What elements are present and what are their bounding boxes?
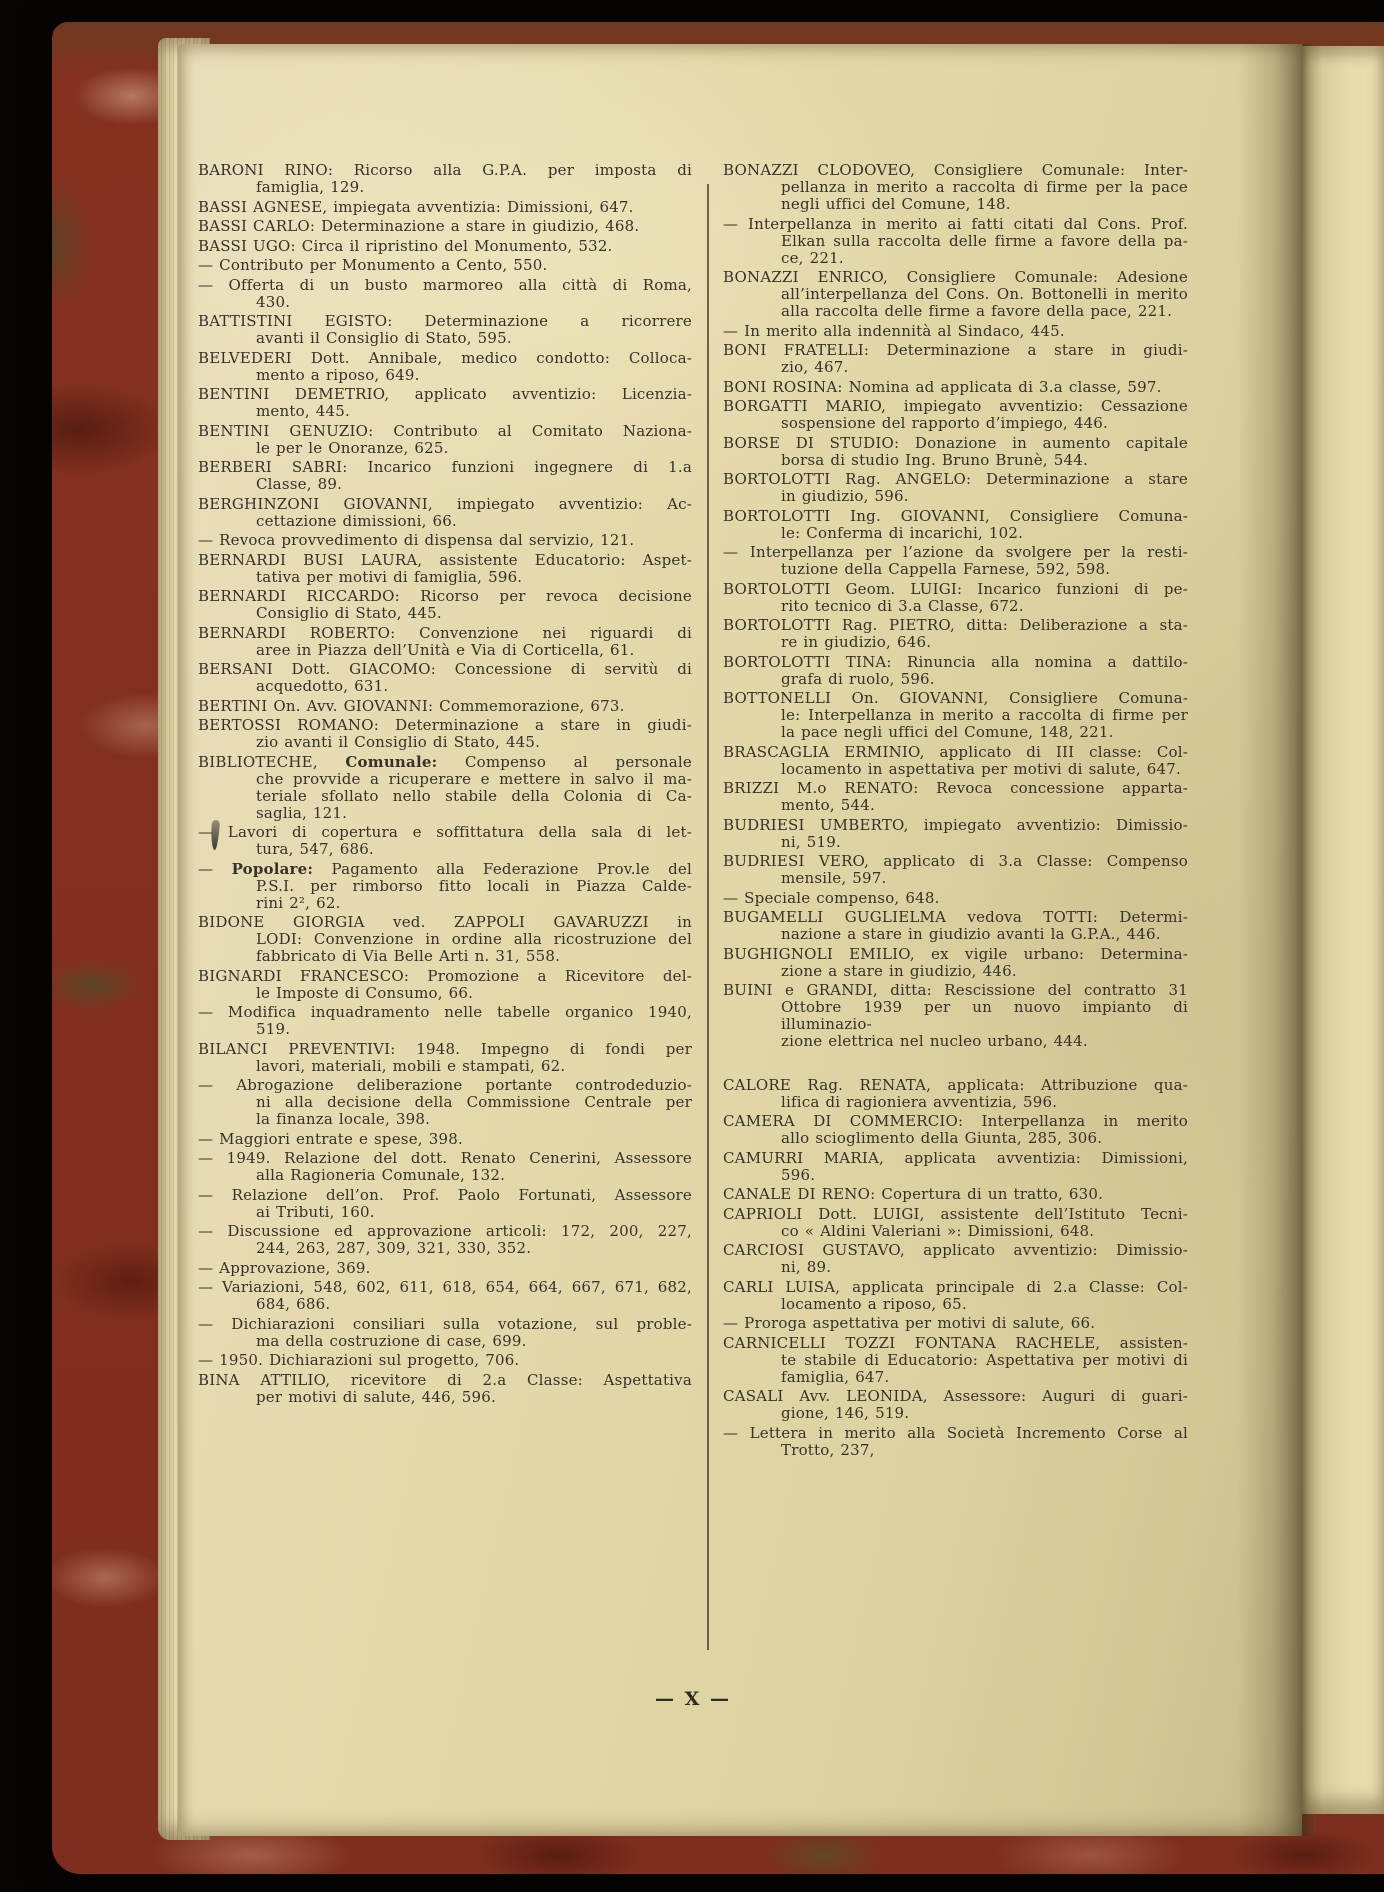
index-subentry: — Offerta di un busto marmoreo alla citt…: [198, 277, 692, 311]
index-line: all’interpellanza del Cons. On. Bottonel…: [723, 286, 1188, 303]
index-line: ce, 221.: [723, 250, 1188, 267]
index-entry: CAPRIOLI Dott. LUIGI, assistente dell’Is…: [723, 1206, 1188, 1240]
index-subentry: — Interpellanza in merito ai fatti citat…: [723, 216, 1188, 267]
index-entry: CARCIOSI GUSTAVO, applicato avventizio: …: [723, 1242, 1188, 1276]
index-line: CARCIOSI GUSTAVO, applicato avventizio: …: [723, 1242, 1188, 1259]
index-line: — Proroga aspettativa per motivi di salu…: [723, 1315, 1188, 1332]
book-page: BARONI RINO: Ricorso alla G.P.A. per imp…: [178, 44, 1302, 1836]
index-line: zio avanti il Consiglio di Stato, 445.: [198, 734, 692, 751]
index-line: Elkan sulla raccolta delle firme a favor…: [723, 233, 1188, 250]
index-line: CANALE DI RENO: Copertura di un tratto, …: [723, 1186, 1188, 1203]
index-line: ni, 89.: [723, 1259, 1188, 1276]
index-line: BERSANI Dott. GIACOMO: Concessione di se…: [198, 661, 692, 678]
index-line: Consiglio di Stato, 445.: [198, 605, 692, 622]
index-column-right: BONAZZI CLODOVEO, Consigliere Comunale: …: [723, 162, 1188, 1461]
index-line: che provvide a ricuperare e mettere in s…: [198, 771, 692, 788]
index-entry: BINA ATTILIO, ricevitore di 2.a Classe: …: [198, 1372, 692, 1406]
index-line: famiglia, 647.: [723, 1369, 1188, 1386]
index-line: Classe, 89.: [198, 476, 692, 493]
index-entry: BONAZZI ENRICO, Consigliere Comunale: Ad…: [723, 269, 1188, 320]
index-entry: CASALI Avv. LEONIDA, Assessore: Auguri d…: [723, 1388, 1188, 1422]
index-subentry: — Lavori di copertura e soffittatura del…: [198, 824, 692, 858]
index-entry: BERGHINZONI GIOVANNI, impiegato avventiz…: [198, 496, 692, 530]
index-line: BUDRIESI UMBERTO, impiegato avventizio: …: [723, 817, 1188, 834]
index-line: — In merito alla indennità al Sindaco, 4…: [723, 323, 1188, 340]
index-line: BUGHIGNOLI EMILIO, ex vigile urbano: Det…: [723, 946, 1188, 963]
index-line: BORTOLOTTI TINA: Rinuncia alla nomina a …: [723, 654, 1188, 671]
index-line: ai Tributi, 160.: [198, 1204, 692, 1221]
index-subentry: — Popolare: Pagamento alla Federazione P…: [198, 861, 692, 912]
index-entry: BORSE DI STUDIO: Donazione in aumento ca…: [723, 435, 1188, 469]
index-line: mento, 445.: [198, 403, 692, 420]
index-line: fabbricato di Via Belle Arti n. 31, 558.: [198, 948, 692, 965]
index-line: locamento in aspettativa per motivi di s…: [723, 761, 1188, 778]
index-entry: BRIZZI M.o RENATO: Revoca concessione ap…: [723, 780, 1188, 814]
index-line: — Approvazione, 369.: [198, 1260, 692, 1277]
index-line: BORTOLOTTI Rag. ANGELO: Determinazione a…: [723, 471, 1188, 488]
index-line: per motivi di salute, 446, 596.: [198, 1389, 692, 1406]
index-line: grafa di ruolo, 596.: [723, 671, 1188, 688]
index-entry: CANALE DI RENO: Copertura di un tratto, …: [723, 1186, 1188, 1203]
section-gap: [723, 1053, 1188, 1077]
index-line: cettazione dimissioni, 66.: [198, 513, 692, 530]
index-line: — Interpellanza per l’azione da svolgere…: [723, 544, 1188, 561]
index-line: — Maggiori entrate e spese, 398.: [198, 1131, 692, 1148]
index-subentry: — Dichiarazioni consiliari sulla votazio…: [198, 1316, 692, 1350]
page-number: — X —: [198, 1688, 1188, 1710]
index-line: ma della costruzione di case, 699.: [198, 1333, 692, 1350]
index-line: BATTISTINI EGISTO: Determinazione a rico…: [198, 313, 692, 330]
index-line: — Revoca provvedimento di dispensa dal s…: [198, 532, 692, 549]
index-line: BERTINI On. Avv. GIOVANNI: Commemorazion…: [198, 698, 692, 715]
index-line: BERNARDI ROBERTO: Convenzione nei riguar…: [198, 625, 692, 642]
index-subentry: — Abrogazione deliberazione portante con…: [198, 1077, 692, 1128]
index-line: lavori, materiali, mobili e stampati, 62…: [198, 1058, 692, 1075]
index-line: BASSI CARLO: Determinazione a stare in g…: [198, 218, 692, 235]
index-line: BORSE DI STUDIO: Donazione in aumento ca…: [723, 435, 1188, 452]
index-line: CAMERA DI COMMERCIO: Interpellanza in me…: [723, 1113, 1188, 1130]
index-line: CAMURRI MARIA, applicata avventizia: Dim…: [723, 1150, 1188, 1167]
index-line: LODI: Convenzione in ordine alla ricostr…: [198, 931, 692, 948]
index-line: — Contributo per Monumento a Cento, 550.: [198, 257, 692, 274]
index-line: BASSI AGNESE, impiegata avventizia: Dimi…: [198, 199, 692, 216]
index-line: BASSI UGO: Circa il ripristino del Monum…: [198, 238, 692, 255]
index-line: ni, 519.: [723, 834, 1188, 851]
index-line: aree in Piazza dell’Unità e Via di Corti…: [198, 642, 692, 659]
index-line: CARNICELLI TOZZI FONTANA RACHELE, assist…: [723, 1335, 1188, 1352]
index-line: BORGATTI MARIO, impiegato avventizio: Ce…: [723, 398, 1188, 415]
index-line: Trotto, 237,: [723, 1442, 1188, 1459]
index-entry: BERTINI On. Avv. GIOVANNI: Commemorazion…: [198, 698, 692, 715]
index-line: zione a stare in giudizio, 446.: [723, 963, 1188, 980]
index-line: le: Conferma di incarichi, 102.: [723, 525, 1188, 542]
index-line: BERTOSSI ROMANO: Determinazione a stare …: [198, 717, 692, 734]
index-line: rito tecnico di 3.a Classe, 672.: [723, 598, 1188, 615]
index-line: locamento a riposo, 65.: [723, 1296, 1188, 1313]
index-entry: CARLI LUISA, applicata principale di 2.a…: [723, 1279, 1188, 1313]
index-line: 244, 263, 287, 309, 321, 330, 352.: [198, 1240, 692, 1257]
index-subentry: — Variazioni, 548, 602, 611, 618, 654, 6…: [198, 1279, 692, 1313]
index-line: BRIZZI M.o RENATO: Revoca concessione ap…: [723, 780, 1188, 797]
index-line: mensile, 597.: [723, 870, 1188, 887]
index-line: alla raccolta delle firme a favore della…: [723, 303, 1188, 320]
index-entry: CALORE Rag. RENATA, applicata: Attribuzi…: [723, 1077, 1188, 1111]
index-line: co « Aldini Valeriani »: Dimissioni, 648…: [723, 1223, 1188, 1240]
index-line: le per le Onoranze, 625.: [198, 440, 692, 457]
index-line: BERBERI SABRI: Incarico funzioni ingegne…: [198, 459, 692, 476]
index-line: te stabile di Educatorio: Aspettativa pe…: [723, 1352, 1188, 1369]
index-entry: BUDRIESI VERO, applicato di 3.a Classe: …: [723, 853, 1188, 887]
index-entry: BENTINI GENUZIO: Contributo al Comitato …: [198, 423, 692, 457]
index-entry: BERTOSSI ROMANO: Determinazione a stare …: [198, 717, 692, 751]
index-line: P.S.I. per rimborso fitto locali in Piaz…: [198, 878, 692, 895]
index-line: BORTOLOTTI Geom. LUIGI: Incarico funzion…: [723, 581, 1188, 598]
index-line: BRASCAGLIA ERMINIO, applicato di III cla…: [723, 744, 1188, 761]
index-line: — Offerta di un busto marmoreo alla citt…: [198, 277, 692, 294]
index-line: — Popolare: Pagamento alla Federazione P…: [198, 861, 692, 878]
index-entry: BORTOLOTTI Ing. GIOVANNI, Consigliere Co…: [723, 508, 1188, 542]
index-line: BORTOLOTTI Ing. GIOVANNI, Consigliere Co…: [723, 508, 1188, 525]
index-line: saglia, 121.: [198, 805, 692, 822]
index-line: negli uffici del Comune, 148.: [723, 196, 1188, 213]
index-line: BERNARDI RICCARDO: Ricorso per revoca de…: [198, 588, 692, 605]
index-entry: BUINI e GRANDI, ditta: Rescissione del c…: [723, 982, 1188, 1050]
index-line: BIDONE GIORGIA ved. ZAPPOLI GAVARUZZI in: [198, 914, 692, 931]
index-line: zione elettrica nel nucleo urbano, 444.: [723, 1033, 1188, 1050]
index-line: — Relazione dell’on. Prof. Paolo Fortuna…: [198, 1187, 692, 1204]
index-line: — Lettera in merito alla Società Increme…: [723, 1425, 1188, 1442]
index-line: gione, 146, 519.: [723, 1405, 1188, 1422]
index-line: 430.: [198, 294, 692, 311]
index-entry: CAMURRI MARIA, applicata avventizia: Dim…: [723, 1150, 1188, 1184]
index-line: avanti il Consiglio di Stato, 595.: [198, 330, 692, 347]
column-divider-rule: [707, 184, 709, 1650]
index-line: BUDRIESI VERO, applicato di 3.a Classe: …: [723, 853, 1188, 870]
index-line: acquedotto, 631.: [198, 678, 692, 695]
index-line: BONAZZI ENRICO, Consigliere Comunale: Ad…: [723, 269, 1188, 286]
index-entry: BRASCAGLIA ERMINIO, applicato di III cla…: [723, 744, 1188, 778]
index-line: zio, 467.: [723, 359, 1188, 376]
index-subentry: — Interpellanza per l’azione da svolgere…: [723, 544, 1188, 578]
index-line: ni alla decisione della Commissione Cent…: [198, 1094, 692, 1111]
index-line: — Lavori di copertura e soffittatura del…: [198, 824, 692, 841]
index-entry: BORTOLOTTI Rag. PIETRO, ditta: Deliberaz…: [723, 617, 1188, 651]
index-entry: BERBERI SABRI: Incarico funzioni ingegne…: [198, 459, 692, 493]
index-line: allo scioglimento della Giunta, 285, 306…: [723, 1130, 1188, 1147]
facing-page-edge: [1302, 46, 1384, 1814]
index-line: CASALI Avv. LEONIDA, Assessore: Auguri d…: [723, 1388, 1188, 1405]
index-line: BINA ATTILIO, ricevitore di 2.a Classe: …: [198, 1372, 692, 1389]
index-line: BONAZZI CLODOVEO, Consigliere Comunale: …: [723, 162, 1188, 179]
index-entry: BERNARDI ROBERTO: Convenzione nei riguar…: [198, 625, 692, 659]
index-entry: BONI FRATELLI: Determinazione a stare in…: [723, 342, 1188, 376]
index-entry: BORTOLOTTI Geom. LUIGI: Incarico funzion…: [723, 581, 1188, 615]
index-line: BONI ROSINA: Nomina ad applicata di 3.a …: [723, 379, 1188, 396]
index-line: nazione a stare in giudizio avanti la G.…: [723, 926, 1188, 943]
index-line: — Dichiarazioni consiliari sulla votazio…: [198, 1316, 692, 1333]
index-subentry: — Discussione ed approvazione articoli: …: [198, 1223, 692, 1257]
index-line: la pace negli uffici del Comune, 148, 22…: [723, 724, 1188, 741]
index-line: alla Ragioneria Comunale, 132.: [198, 1167, 692, 1184]
index-entry: BONAZZI CLODOVEO, Consigliere Comunale: …: [723, 162, 1188, 213]
index-entry: BERSANI Dott. GIACOMO: Concessione di se…: [198, 661, 692, 695]
index-line: la finanza locale, 398.: [198, 1111, 692, 1128]
index-entry: BASSI AGNESE, impiegata avventizia: Dimi…: [198, 199, 692, 216]
index-line: tura, 547, 686.: [198, 841, 692, 858]
index-line: teriale sfollato nello stabile della Col…: [198, 788, 692, 805]
index-subentry: — Revoca provvedimento di dispensa dal s…: [198, 532, 692, 549]
index-line: BILANCI PREVENTIVI: 1948. Impegno di fon…: [198, 1041, 692, 1058]
index-entry: BOTTONELLI On. GIOVANNI, Consigliere Com…: [723, 690, 1188, 741]
index-entry: BERNARDI RICCARDO: Ricorso per revoca de…: [198, 588, 692, 622]
index-line: lifica di ragioniera avventizia, 596.: [723, 1094, 1188, 1111]
index-line: CARLI LUISA, applicata principale di 2.a…: [723, 1279, 1188, 1296]
index-line: re in giudizio, 646.: [723, 634, 1188, 651]
index-line: — 1949. Relazione del dott. Renato Cener…: [198, 1150, 692, 1167]
index-subentry: — 1950. Dichiarazioni sul progetto, 706.: [198, 1352, 692, 1369]
index-line: pellanza in merito a raccolta di firme p…: [723, 179, 1188, 196]
index-line: BIBLIOTECHE, Comunale: Compenso al perso…: [198, 754, 692, 771]
index-entry: BUDRIESI UMBERTO, impiegato avventizio: …: [723, 817, 1188, 851]
index-subentry: — 1949. Relazione del dott. Renato Cener…: [198, 1150, 692, 1184]
index-subentry: — Speciale compenso, 648.: [723, 890, 1188, 907]
index-line: le: Interpellanza in merito a raccolta d…: [723, 707, 1188, 724]
index-entry: CARNICELLI TOZZI FONTANA RACHELE, assist…: [723, 1335, 1188, 1386]
index-column-left: BARONI RINO: Ricorso alla G.P.A. per imp…: [198, 162, 692, 1408]
index-line: — Speciale compenso, 648.: [723, 890, 1188, 907]
index-line: CALORE Rag. RENATA, applicata: Attribuzi…: [723, 1077, 1188, 1094]
index-line: 684, 686.: [198, 1296, 692, 1313]
index-line: — Variazioni, 548, 602, 611, 618, 654, 6…: [198, 1279, 692, 1296]
index-entry: BUGHIGNOLI EMILIO, ex vigile urbano: Det…: [723, 946, 1188, 980]
index-line: BERNARDI BUSI LAURA, assistente Educator…: [198, 552, 692, 569]
index-line: famiglia, 129.: [198, 179, 692, 196]
index-line: — Interpellanza in merito ai fatti citat…: [723, 216, 1188, 233]
index-line: CAPRIOLI Dott. LUIGI, assistente dell’Is…: [723, 1206, 1188, 1223]
index-line: BERGHINZONI GIOVANNI, impiegato avventiz…: [198, 496, 692, 513]
index-entry: BORGATTI MARIO, impiegato avventizio: Ce…: [723, 398, 1188, 432]
index-entry: BATTISTINI EGISTO: Determinazione a rico…: [198, 313, 692, 347]
index-line: mento, 544.: [723, 797, 1188, 814]
index-entry: BORTOLOTTI TINA: Rinuncia alla nomina a …: [723, 654, 1188, 688]
index-line: BENTINI DEMETRIO, applicato avventizio: …: [198, 386, 692, 403]
index-line: BUGAMELLI GUGLIELMA vedova TOTTI: Determ…: [723, 909, 1188, 926]
index-entry: BILANCI PREVENTIVI: 1948. Impegno di fon…: [198, 1041, 692, 1075]
index-line: tuzione della Cappella Farnese, 592, 598…: [723, 561, 1188, 578]
index-subentry: — Relazione dell’on. Prof. Paolo Fortuna…: [198, 1187, 692, 1221]
index-subentry: — Modifica inquadramento nelle tabelle o…: [198, 1004, 692, 1038]
index-line: — Discussione ed approvazione articoli: …: [198, 1223, 692, 1240]
index-line: BELVEDERI Dott. Annibale, medico condott…: [198, 350, 692, 367]
index-entry: BASSI CARLO: Determinazione a stare in g…: [198, 218, 692, 235]
index-entry: BASSI UGO: Circa il ripristino del Monum…: [198, 238, 692, 255]
index-subentry: — Proroga aspettativa per motivi di salu…: [723, 1315, 1188, 1332]
index-line: BENTINI GENUZIO: Contributo al Comitato …: [198, 423, 692, 440]
index-line: — 1950. Dichiarazioni sul progetto, 706.: [198, 1352, 692, 1369]
index-line: BOTTONELLI On. GIOVANNI, Consigliere Com…: [723, 690, 1188, 707]
index-entry: BENTINI DEMETRIO, applicato avventizio: …: [198, 386, 692, 420]
index-line: — Abrogazione deliberazione portante con…: [198, 1077, 692, 1094]
index-line: BUINI e GRANDI, ditta: Rescissione del c…: [723, 982, 1188, 999]
index-line: BARONI RINO: Ricorso alla G.P.A. per imp…: [198, 162, 692, 179]
index-entry: BIDONE GIORGIA ved. ZAPPOLI GAVARUZZI in…: [198, 914, 692, 965]
index-entry: BARONI RINO: Ricorso alla G.P.A. per imp…: [198, 162, 692, 196]
index-entry: BELVEDERI Dott. Annibale, medico condott…: [198, 350, 692, 384]
index-entry: BUGAMELLI GUGLIELMA vedova TOTTI: Determ…: [723, 909, 1188, 943]
index-line: — Modifica inquadramento nelle tabelle o…: [198, 1004, 692, 1021]
index-line: tativa per motivi di famiglia, 596.: [198, 569, 692, 586]
index-entry: BIGNARDI FRANCESCO: Promozione a Ricevit…: [198, 968, 692, 1002]
index-subentry: — In merito alla indennità al Sindaco, 4…: [723, 323, 1188, 340]
index-line: Ottobre 1939 per un nuovo impianto di il…: [723, 999, 1188, 1033]
index-line: BORTOLOTTI Rag. PIETRO, ditta: Deliberaz…: [723, 617, 1188, 634]
index-entry: BIBLIOTECHE, Comunale: Compenso al perso…: [198, 754, 692, 822]
index-line: in giudizio, 596.: [723, 488, 1188, 505]
index-line: BONI FRATELLI: Determinazione a stare in…: [723, 342, 1188, 359]
index-entry: BORTOLOTTI Rag. ANGELO: Determinazione a…: [723, 471, 1188, 505]
index-line: rini 2², 62.: [198, 895, 692, 912]
index-entry: CAMERA DI COMMERCIO: Interpellanza in me…: [723, 1113, 1188, 1147]
index-line: BIGNARDI FRANCESCO: Promozione a Ricevit…: [198, 968, 692, 985]
index-line: sospensione del rapporto d’impiego, 446.: [723, 415, 1188, 432]
index-line: borsa di studio Ing. Bruno Brunè, 544.: [723, 452, 1188, 469]
index-subentry: — Approvazione, 369.: [198, 1260, 692, 1277]
index-subentry: — Lettera in merito alla Società Increme…: [723, 1425, 1188, 1459]
index-subentry: — Maggiori entrate e spese, 398.: [198, 1131, 692, 1148]
index-line: le Imposte di Consumo, 66.: [198, 985, 692, 1002]
index-entry: BERNARDI BUSI LAURA, assistente Educator…: [198, 552, 692, 586]
index-subentry: — Contributo per Monumento a Cento, 550.: [198, 257, 692, 274]
index-entry: BONI ROSINA: Nomina ad applicata di 3.a …: [723, 379, 1188, 396]
index-line: 519.: [198, 1021, 692, 1038]
index-line: mento a riposo, 649.: [198, 367, 692, 384]
index-line: 596.: [723, 1167, 1188, 1184]
